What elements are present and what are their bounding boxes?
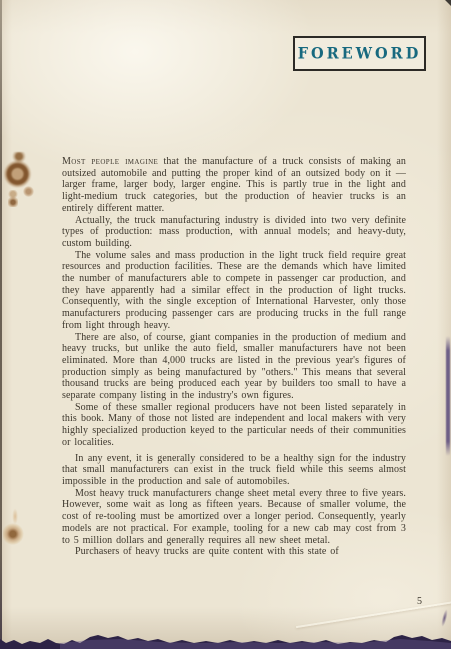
paragraph-lead-smallcaps: Most people imagine xyxy=(62,156,158,167)
scan-bottom-right-mark xyxy=(437,603,451,632)
body-paragraph: Purchasers of heavy trucks are quite con… xyxy=(62,546,406,558)
scan-corner-mark xyxy=(444,0,451,6)
page-stain xyxy=(4,152,34,192)
foreword-heading: FOREWORD xyxy=(298,44,422,62)
scan-left-edge xyxy=(0,0,2,649)
scan-right-edge-mark xyxy=(446,336,450,456)
body-paragraph: Some of these smaller regional producers… xyxy=(62,402,406,449)
page-crease xyxy=(296,598,451,628)
body-paragraph: There are also, of course, giant compani… xyxy=(62,332,406,402)
body-paragraph: In any event, it is generally considered… xyxy=(62,453,406,488)
book-page-scan: FOREWORD Most people imagine that the ma… xyxy=(0,0,451,649)
body-paragraph: The volume sales and mass production in … xyxy=(62,250,406,332)
body-paragraph: Most heavy truck manufacturers change sh… xyxy=(62,488,406,547)
page-stain xyxy=(8,190,18,207)
body-paragraph: Actually, the truck manufacturing indust… xyxy=(62,215,406,250)
body-paragraph: Most people imagine that the manufacture… xyxy=(62,156,406,215)
scan-bottom-edge xyxy=(0,631,451,649)
foreword-heading-box: FOREWORD xyxy=(293,36,426,71)
body-text: Most people imagine that the manufacture… xyxy=(62,156,406,558)
page-stain xyxy=(23,186,34,197)
page-stain xyxy=(3,508,25,550)
